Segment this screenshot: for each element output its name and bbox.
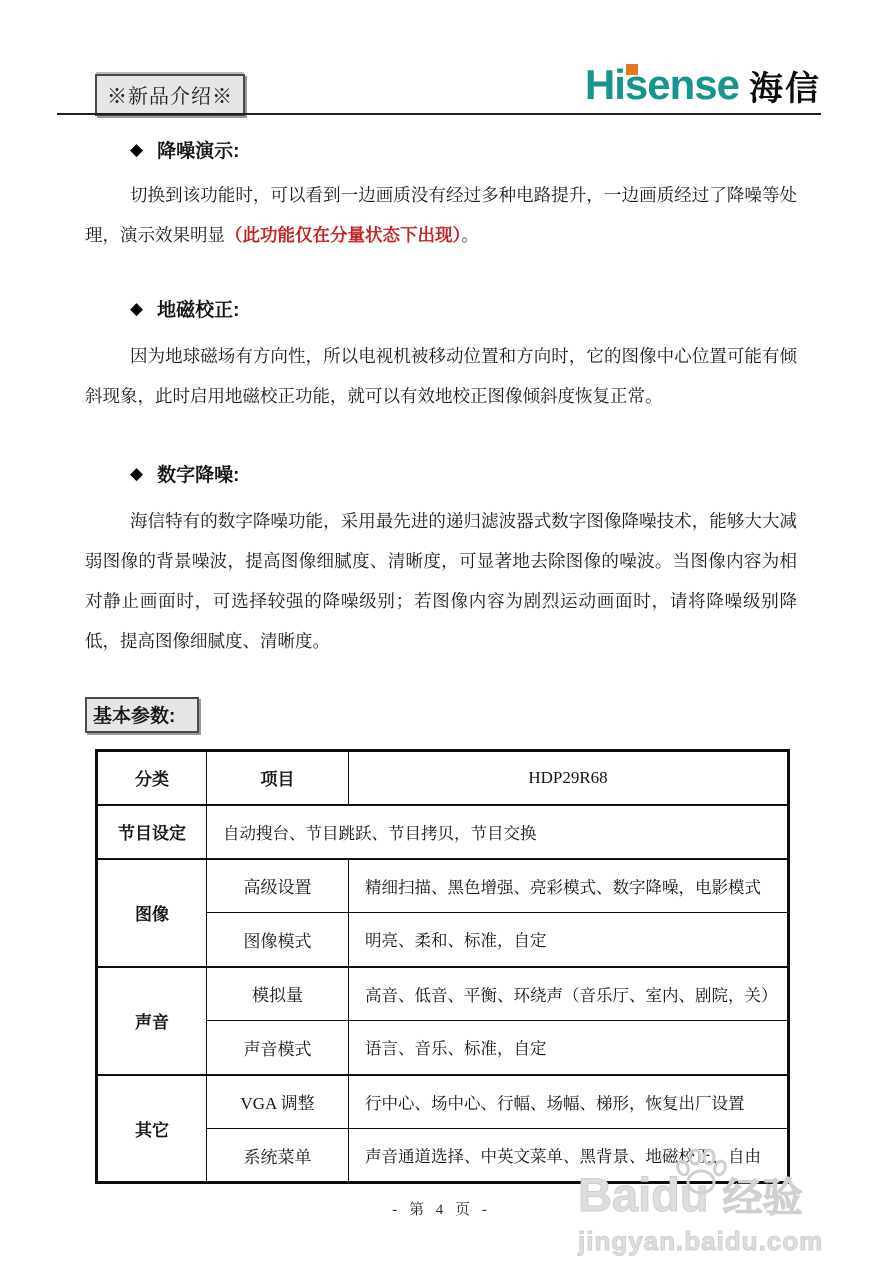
table-row: 其它 VGA 调整 行中心、场中心、行幅、场幅、梯形，恢复出厂设置 [97,1075,789,1129]
basic-params-table: 分类 项目 HDP29R68 节目设定 自动搜台、节目跳跃、节目拷贝，节目交换 … [95,749,790,1184]
value-cell: 高音、低音、平衡、环绕声（音乐厅、室内、剧院，关） [349,967,789,1021]
category-cell: 节目设定 [97,805,207,859]
value-cell: 声音通道选择、中英文菜单、黑背景、地磁校正、自由 [349,1129,789,1183]
paragraph-red-note: （此功能仅在分量状态下出现） [225,225,461,245]
section-title-text: 降噪演示: [157,136,239,163]
diamond-bullet-icon: ◆ [130,299,143,319]
section-title-text: 数字降噪: [157,460,239,487]
item-cell: 模拟量 [207,967,349,1021]
diamond-bullet-icon: ◆ [130,140,143,160]
table-row: 图像 高级设置 精细扫描、黑色增强、亮彩模式、数字降噪，电影模式 [97,859,789,913]
header-cell-item: 项目 [207,751,349,805]
header-cell-category: 分类 [97,751,207,805]
value-cell: 行中心、场中心、行幅、场幅、梯形，恢复出厂设置 [349,1075,789,1129]
item-cell: 图像模式 [207,913,349,967]
basic-params-label: 基本参数: [85,697,199,733]
page-number: - 第 4 页 - [0,1198,883,1219]
paragraph-noise-demo: 切换到该功能时，可以看到一边画质没有经过多种电路提升，一边画质经过了降噪等处理，… [85,175,797,255]
table-row: 节目设定 自动搜台、节目跳跃、节目拷贝，节目交换 [97,805,789,859]
table-row: 声音 模拟量 高音、低音、平衡、环绕声（音乐厅、室内、剧院，关） [97,967,789,1021]
hisense-logo-chinese: 海信 [749,72,821,106]
hisense-logo-wordmark: Hisense [585,64,739,106]
hisense-logo: Hisense 海信 [585,64,821,106]
page-content: ◆ 降噪演示: 切换到该功能时，可以看到一边画质没有经过多种电路提升，一边画质经… [85,128,797,1184]
diamond-bullet-icon: ◆ [130,464,143,484]
value-cell: 语言、音乐、标准，自定 [349,1021,789,1075]
section-title-geomagnetic: ◆ 地磁校正: [85,295,797,322]
header-divider [57,113,821,115]
new-product-badge: ※新品介绍※ [95,74,245,116]
category-cell: 图像 [97,859,207,967]
section-title-digital-nr: ◆ 数字降噪: [85,460,797,487]
hisense-logo-dot-icon [626,64,638,75]
paragraph-digital-nr: 海信特有的数字降噪功能，采用最先进的递归滤波器式数字图像降噪技术，能够大大减弱图… [85,501,797,661]
value-cell: 明亮、柔和、标准，自定 [349,913,789,967]
category-cell: 其它 [97,1075,207,1183]
hisense-logo-text: Hisense [585,61,739,108]
item-cell: 系统菜单 [207,1129,349,1183]
section-title-text: 地磁校正: [157,295,239,322]
value-cell: 精细扫描、黑色增强、亮彩模式、数字降噪，电影模式 [349,859,789,913]
item-cell: 声音模式 [207,1021,349,1075]
header-cell-model: HDP29R68 [349,751,789,805]
section-title-noise-demo: ◆ 降噪演示: [85,136,797,163]
value-cell: 自动搜台、节目跳跃、节目拷贝，节目交换 [207,805,789,859]
paragraph-geomagnetic: 因为地球磁场有方向性，所以电视机被移动位置和方向时，它的图像中心位置可能有倾斜现… [85,336,797,416]
paragraph-period: 。 [461,225,479,245]
item-cell: VGA 调整 [207,1075,349,1129]
document-page: { "header": { "badge": "※新品介绍※", "logo_e… [0,0,883,1280]
watermark-domain: jingyan.baidu.com [578,1226,853,1257]
item-cell: 高级设置 [207,859,349,913]
category-cell: 声音 [97,967,207,1075]
table-header-row: 分类 项目 HDP29R68 [97,751,789,805]
